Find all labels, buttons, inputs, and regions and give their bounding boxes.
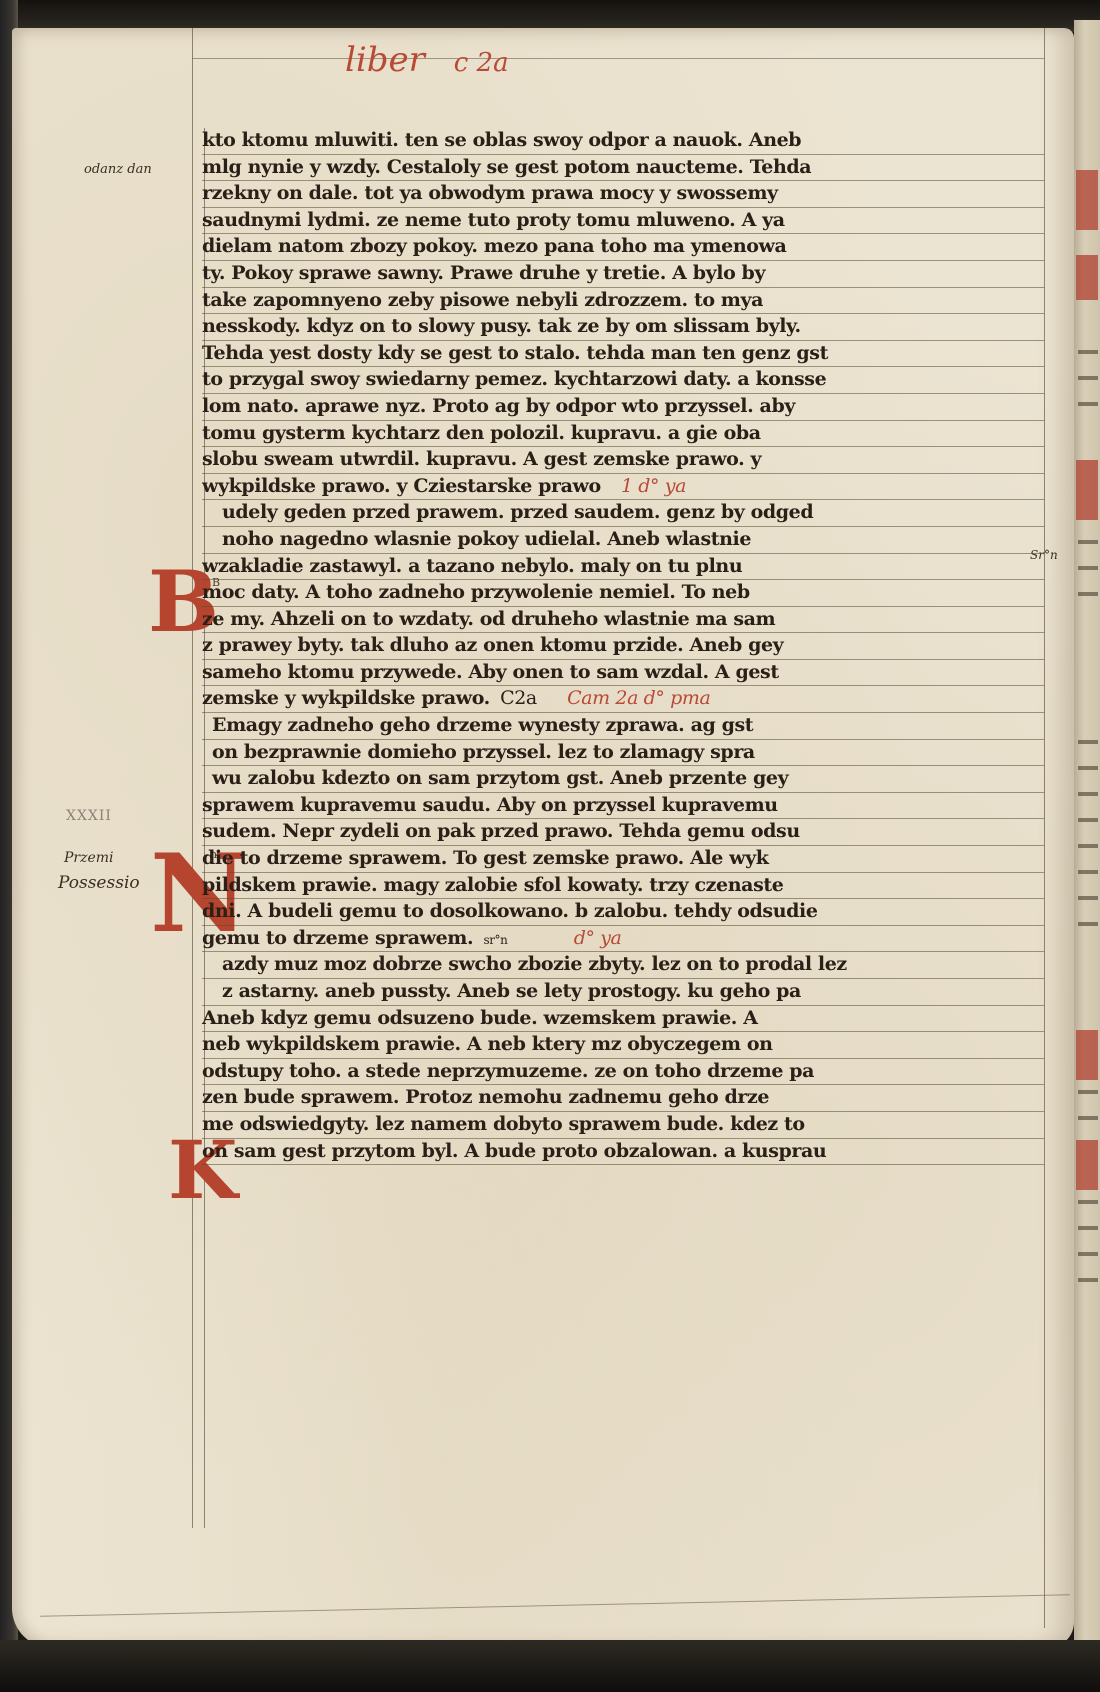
facing-red-initial (1076, 1030, 1098, 1080)
facing-text-line (1078, 566, 1098, 570)
text-fragment: zemske y wykpildske prawo. (202, 687, 490, 709)
text-line: Emagy zadneho geho drzeme wynesty zprawa… (202, 713, 1044, 740)
facing-text-line (1078, 350, 1098, 354)
facing-text-line (1078, 1200, 1098, 1204)
rubric-2: Cam 2a d° pma (567, 687, 710, 709)
text-line: z astarny. aneb pussty. Aneb se lety pro… (202, 979, 1044, 1006)
text-line: die to drzeme sprawem. To gest zemske pr… (202, 846, 1044, 873)
text-line: nesskody. kdyz on to slowy pusy. tak ze … (202, 314, 1044, 341)
text-line: slobu sweam utwrdil. kupravu. A gest zem… (202, 447, 1044, 474)
text-line: to przygal swoy swiedarny pemez. kychtar… (202, 367, 1044, 394)
text-line: mlg nynie y wzdy. Cestaloly se gest poto… (202, 155, 1044, 182)
text-line: tomu gysterm kychtarz den polozil. kupra… (202, 421, 1044, 448)
text-line: udely geden przed prawem. przed saudem. … (202, 500, 1044, 527)
text-line: rzekny on dale. tot ya obwodym prawa moc… (202, 181, 1044, 208)
facing-text-line (1078, 1090, 1098, 1094)
running-head-title: liber (345, 40, 425, 80)
ruling-top-line (192, 58, 1044, 59)
facing-red-initial (1076, 1140, 1098, 1190)
text-line: me odswiedgyty. lez namem dobyto sprawem… (202, 1112, 1044, 1139)
text-line: dni. A budeli gemu to dosolkowano. b zal… (202, 899, 1044, 926)
facing-text-line (1078, 766, 1098, 770)
facing-text-line (1078, 376, 1098, 380)
facing-text-line (1078, 1252, 1098, 1256)
text-line: ty. Pokoy sprawe sawny. Prawe druhe y tr… (202, 261, 1044, 288)
facing-text-line (1078, 818, 1098, 822)
text-line: ze my. Ahzeli on to wzdaty. od druheho w… (202, 607, 1044, 634)
facing-red-initial (1076, 460, 1098, 520)
facing-text-line (1078, 1116, 1098, 1120)
facing-text-line (1078, 1226, 1098, 1230)
text-line: sameho ktomu przywede. Aby onen to sam w… (202, 660, 1044, 687)
text-line: azdy muz moz dobrze swcho zbozie zbyty. … (202, 952, 1044, 979)
text-line: odstupy toho. a stede neprzymuzeme. ze o… (202, 1059, 1044, 1086)
facing-page-edge (1074, 20, 1100, 1660)
facing-red-initial (1076, 170, 1098, 230)
text-line: on sam gest przytom byl. A bude proto ob… (202, 1139, 1044, 1166)
text-line: Aneb kdyz gemu odsuzeno bude. wzemskem p… (202, 1006, 1044, 1033)
text-line: noho nagedno wlasnie pokoy udielal. Aneb… (202, 527, 1044, 554)
facing-text-line (1078, 922, 1098, 926)
facing-text-line (1078, 896, 1098, 900)
facing-text-line (1078, 844, 1098, 848)
text-line: zen bude sprawem. Protoz nemohu zadnemu … (202, 1085, 1044, 1112)
text-line: neb wykpildskem prawie. A neb ktery mz o… (202, 1032, 1044, 1059)
ruling-left-margin (192, 28, 193, 1528)
running-head: liber c 2a (345, 40, 509, 80)
text-line: sprawem kupravemu saudu. Aby on przyssel… (202, 793, 1044, 820)
text-line: Tehda yest dosty kdy se gest to stalo. t… (202, 341, 1044, 368)
manuscript-viewer: liber c 2a odanz dan XXXII Przemi Posses… (0, 0, 1100, 1692)
facing-text-line (1078, 592, 1098, 596)
facing-text-line (1078, 870, 1098, 874)
margin-note-possessio: Possessio (58, 873, 140, 893)
margin-roman-numeral: XXXII (66, 808, 112, 824)
text-line: saudnymi lydmi. ze neme tuto proty tomu … (202, 208, 1044, 235)
binding-shadow-bottom (0, 1640, 1100, 1692)
text-line: z prawey byty. tak dluho az onen ktomu p… (202, 633, 1044, 660)
text-line-with-rubric: gemu to drzeme sprawem. sr°n d° ya (202, 926, 1044, 953)
margin-note-top-left: odanz dan (84, 162, 152, 177)
chapter-ref: C2a (500, 687, 537, 709)
text-line: take zapomnyeno zeby pisowe nebyli zdroz… (202, 288, 1044, 315)
facing-text-line (1078, 740, 1098, 744)
text-line: sudem. Nepr zydeli on pak przed prawo. T… (202, 819, 1044, 846)
text-line: kto ktomu mluwiti. ten se oblas swoy odp… (202, 128, 1044, 155)
ruling-text-right (1044, 28, 1045, 1628)
section-mark: sr°n (483, 933, 507, 947)
facing-red-initial (1076, 255, 1098, 300)
margin-note-przemi: Przemi (64, 850, 114, 866)
text-line: pildskem prawie. magy zalobie sfol kowat… (202, 873, 1044, 900)
text-line: on bezprawnie domieho przyssel. lez to z… (202, 740, 1044, 767)
rubric-1: 1 d° ya (621, 475, 686, 497)
facing-text-line (1078, 402, 1098, 406)
text-line: lom nato. aprawe nyz. Proto ag by odpor … (202, 394, 1044, 421)
running-head-chapter: c 2a (454, 48, 509, 78)
text-column: kto ktomu mluwiti. ten se oblas swoy odp… (202, 128, 1044, 1165)
text-line-with-rubric: wykpildske prawo. y Cziestarske prawo 1 … (202, 474, 1044, 501)
facing-text-line (1078, 792, 1098, 796)
rubric-3: d° ya (574, 927, 622, 949)
text-line: wzakladie zastawyl. a tazano nebylo. mal… (202, 554, 1044, 581)
text-fragment: wykpildske prawo. y Cziestarske prawo (202, 475, 601, 497)
text-fragment: gemu to drzeme sprawem. (202, 927, 473, 949)
facing-text-line (1078, 540, 1098, 544)
text-line: dielam natom zbozy pokoy. mezo pana toho… (202, 234, 1044, 261)
text-line-with-rubric: zemske y wykpildske prawo. C2a Cam 2a d°… (202, 686, 1044, 713)
text-line: moc daty. A toho zadneho przywolenie nem… (202, 580, 1044, 607)
facing-text-line (1078, 1278, 1098, 1282)
text-line: wu zalobu kdezto on sam przytom gst. Ane… (202, 766, 1044, 793)
